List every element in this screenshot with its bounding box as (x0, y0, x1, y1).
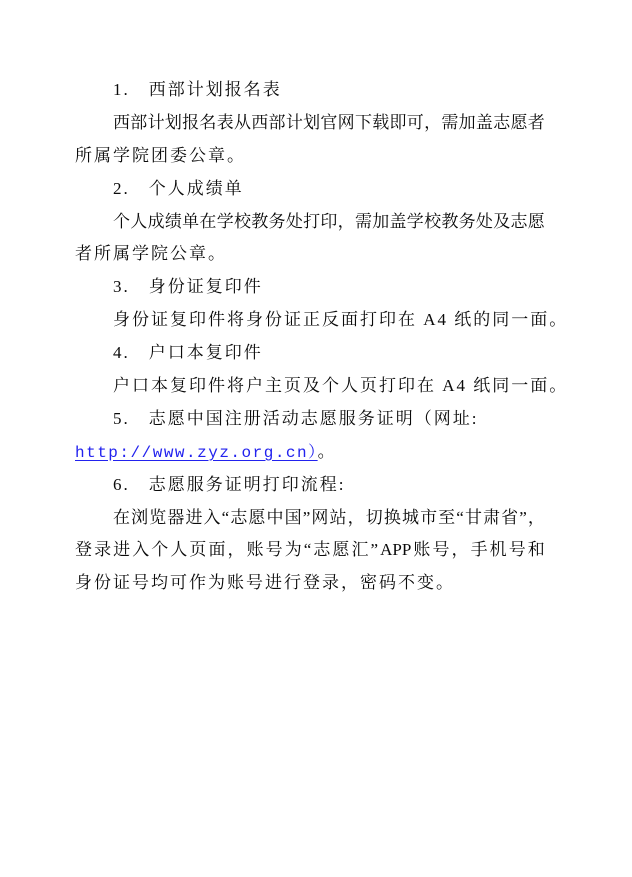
item-6-body-line-3: 身份证号均可作为账号进行登录，密码不变。 (75, 567, 545, 600)
item-5-link-line: http://www.zyz.org.cn）。 (75, 436, 545, 469)
document-content: 1. 西部计划报名表西部计划报名表从西部计划官网下载即可，需加盖志愿者所属学院团… (75, 74, 545, 600)
item-4-body-line-1: 户口本复印件将户主页及个人页打印在 A4 纸同一面。 (75, 370, 545, 403)
item-6-body-line-1: 在浏览器进入“志愿中国”网站，切换城市至“甘肃省”， (75, 502, 545, 535)
item-5-heading: 5. 志愿中国注册活动志愿服务证明（网址: (75, 403, 545, 436)
item-2-body-line-2: 者所属学院公章。 (75, 238, 545, 271)
document-page: 1. 西部计划报名表西部计划报名表从西部计划官网下载即可，需加盖志愿者所属学院团… (0, 0, 632, 877)
item-4-heading: 4. 户口本复印件 (75, 337, 545, 370)
item-1-body-line-1: 西部计划报名表从西部计划官网下载即可，需加盖志愿者 (75, 107, 545, 140)
item-2-body-line-1: 个人成绩单在学校教务处打印，需加盖学校教务处及志愿 (75, 206, 545, 239)
item-2-heading: 2. 个人成绩单 (75, 173, 545, 206)
zyz-website-link[interactable]: http://www.zyz.org.cn） (75, 444, 318, 462)
link-trailing-punctuation: 。 (318, 442, 337, 461)
item-1-body-line-2: 所属学院团委公章。 (75, 140, 545, 173)
item-6-body-line-2: 登录进入个人页面，账号为“志愿汇”APP账号，手机号和 (75, 534, 545, 567)
item-3-body-line-1: 身份证复印件将身份证正反面打印在 A4 纸的同一面。 (75, 304, 545, 337)
item-1-heading: 1. 西部计划报名表 (75, 74, 545, 107)
item-6-heading: 6. 志愿服务证明打印流程: (75, 469, 545, 502)
item-3-heading: 3. 身份证复印件 (75, 271, 545, 304)
